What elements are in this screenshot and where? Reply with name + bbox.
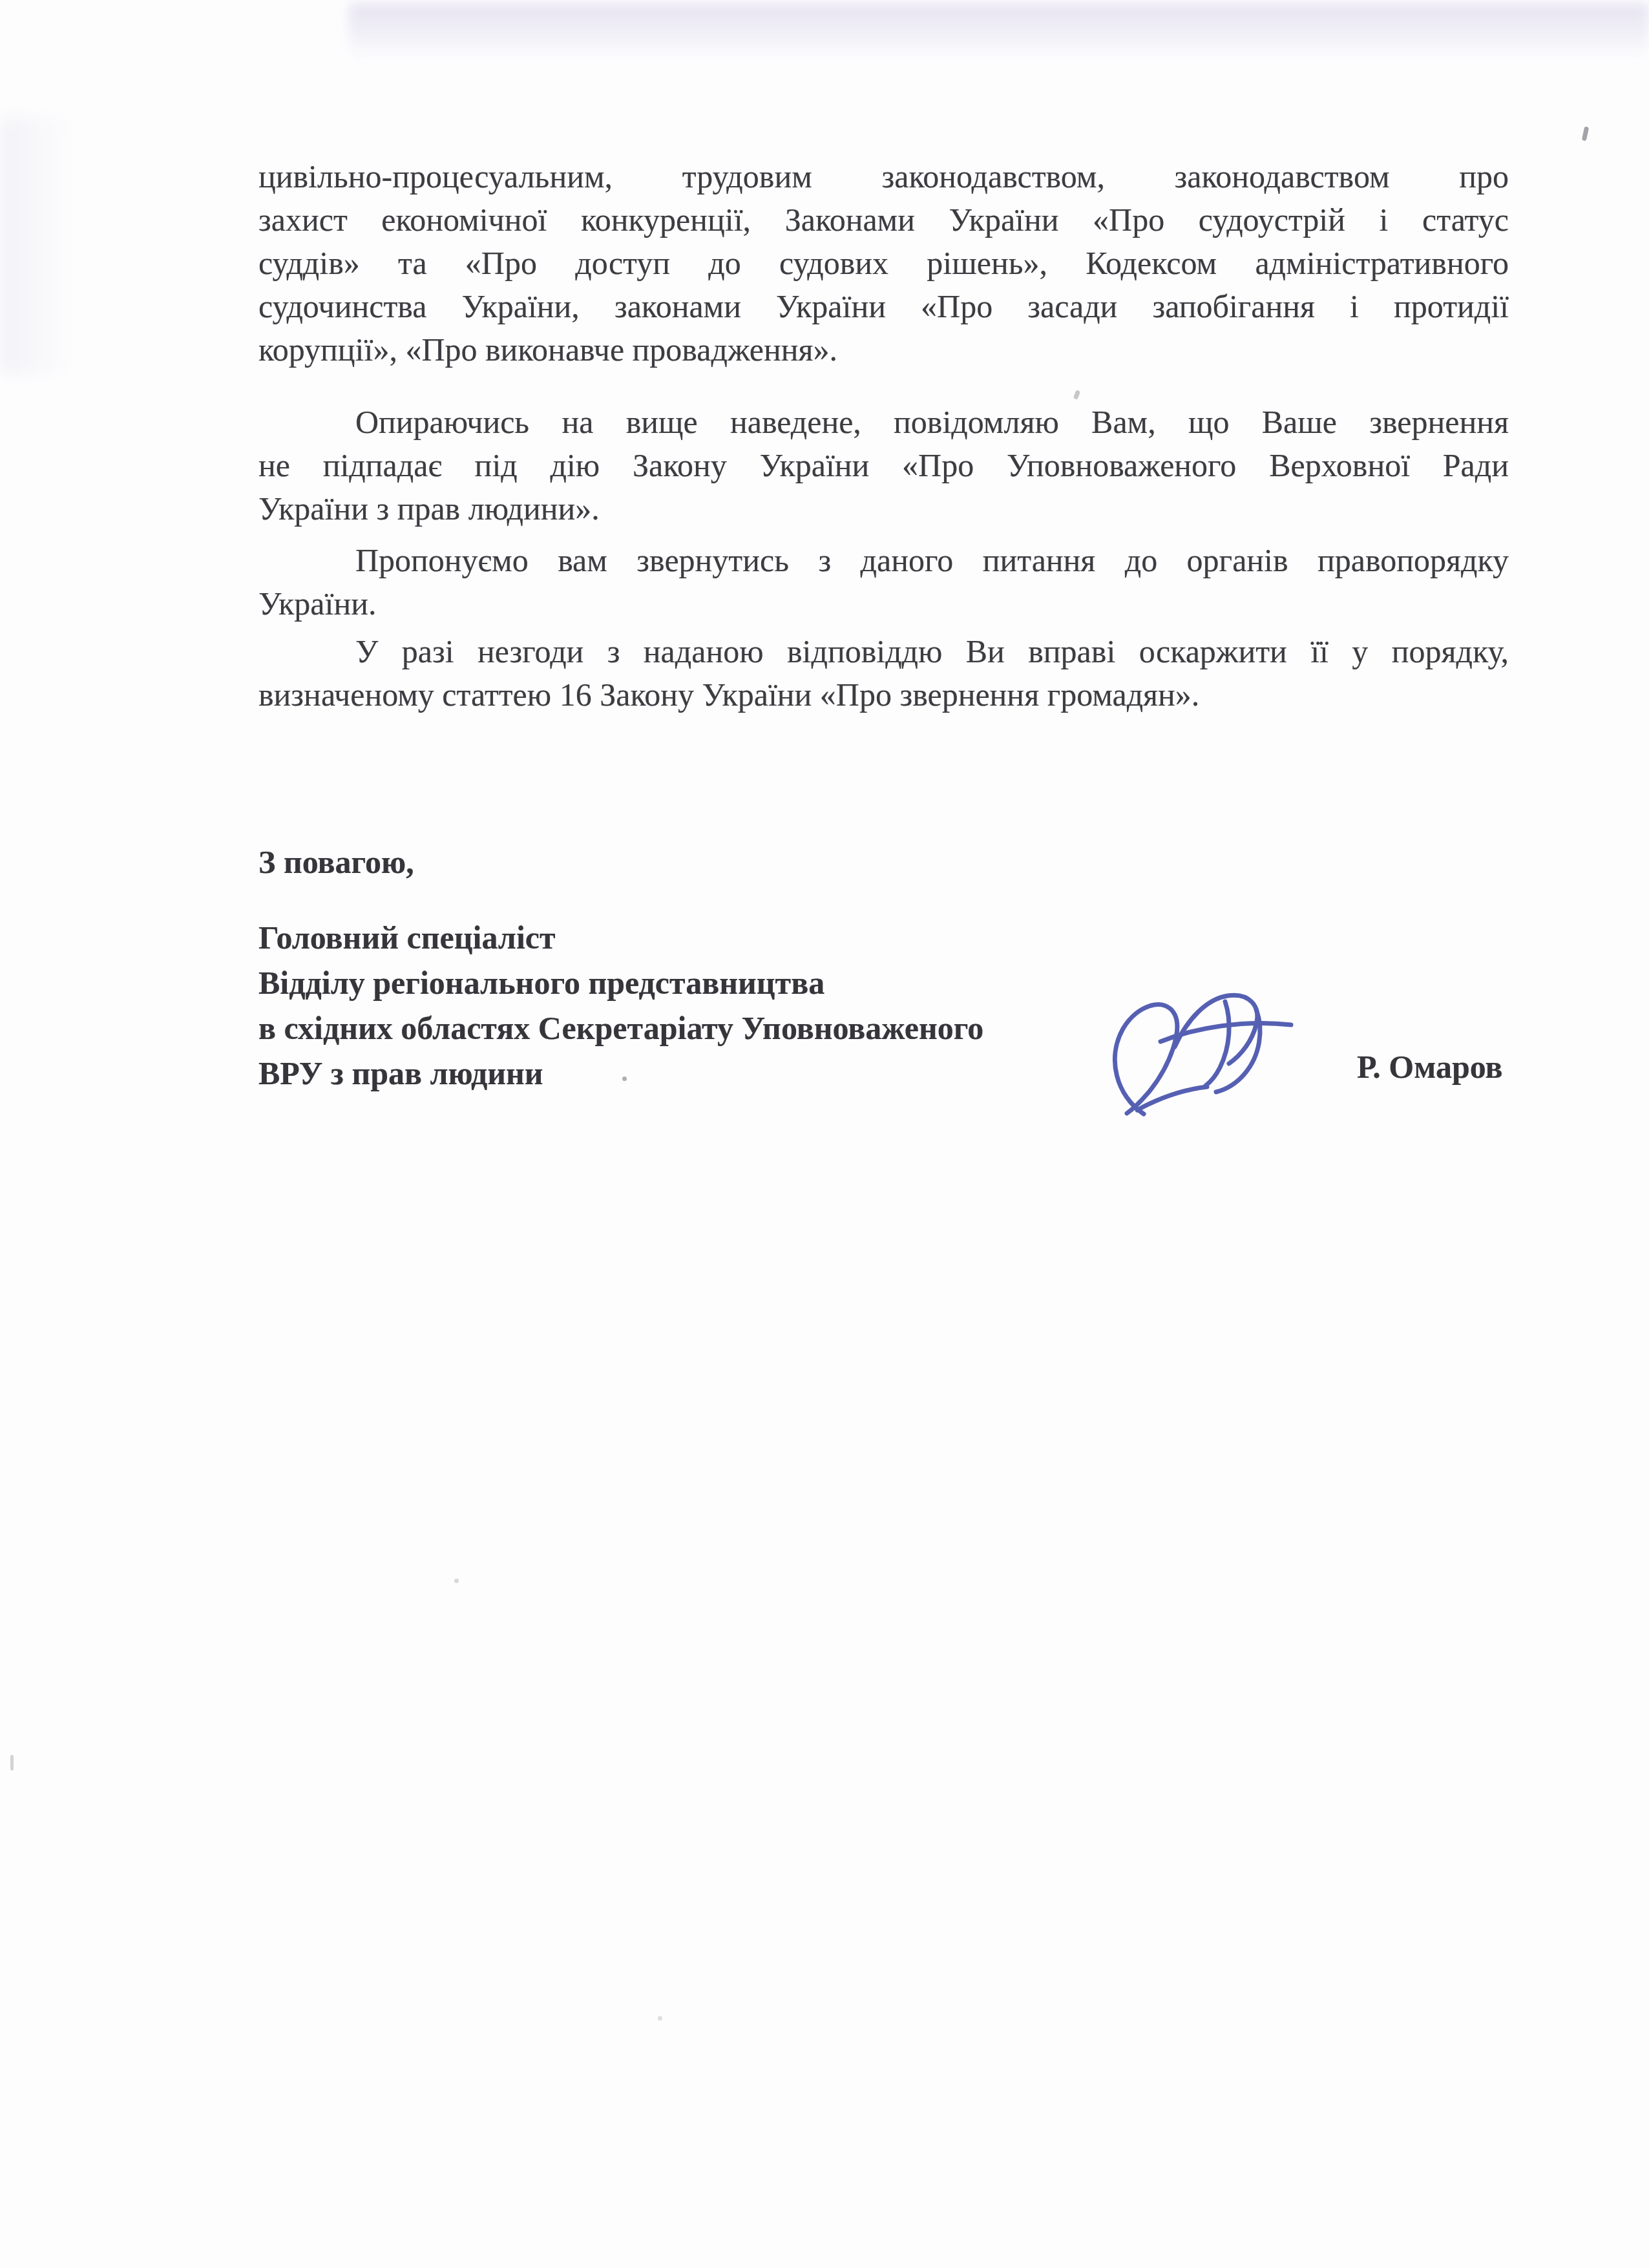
paragraph: Пропонуємо вам звернутись з даного питан…	[258, 539, 1509, 625]
body-line: корупції», «Про виконавче провадження».	[258, 328, 1509, 372]
closing-text: З повагою,	[258, 844, 414, 880]
scan-speck	[10, 1755, 14, 1770]
body-line: У разі незгоди з наданою відповіддю Ви в…	[258, 630, 1509, 673]
body-line: захист економічної конкуренції, Законами…	[258, 198, 1509, 242]
document-page: { "page": { "width": 2552, "height": 351…	[0, 0, 1649, 2268]
handwritten-signature	[1098, 987, 1318, 1120]
signer-name: Р. Омаров	[1357, 1048, 1502, 1086]
closing-line: З повагою,	[258, 843, 1551, 881]
body-line: України.	[258, 582, 1509, 625]
body-line: судочинства України, законами України «П…	[258, 285, 1509, 328]
signature-title-line: Відділу регіонального представництва	[258, 960, 1551, 1005]
paragraph: цивільно-процесуальним, трудовим законод…	[258, 155, 1509, 372]
scan-speck	[658, 2016, 662, 2021]
scan-shadow-top	[349, 4, 1649, 59]
body-line: цивільно-процесуальним, трудовим законод…	[258, 155, 1509, 198]
scan-shadow-left	[0, 116, 78, 375]
body-line: України з прав людини».	[258, 487, 1509, 530]
body-line: Пропонуємо вам звернутись з даного питан…	[258, 539, 1509, 582]
body-line: не підпадає під дію Закону України «Про …	[258, 444, 1509, 487]
body-line: суддів» та «Про доступ до судових рішень…	[258, 242, 1509, 285]
paragraph: У разі незгоди з наданою відповіддю Ви в…	[258, 630, 1509, 717]
letter-body: цивільно-процесуальним, трудовим законод…	[258, 155, 1509, 930]
scan-speck	[1582, 127, 1589, 142]
body-line: Опираючись на вище наведене, повідомляю …	[258, 401, 1509, 444]
signature-title-line: в східних областях Секретаріату Уповнова…	[258, 1005, 1551, 1051]
body-line: визначеному статтею 16 Закону України «П…	[258, 673, 1509, 717]
paragraph: Опираючись на вище наведене, повідомляю …	[258, 401, 1509, 530]
scan-speck	[454, 1579, 459, 1583]
signature-title-line: Головний спеціаліст	[258, 915, 1551, 960]
